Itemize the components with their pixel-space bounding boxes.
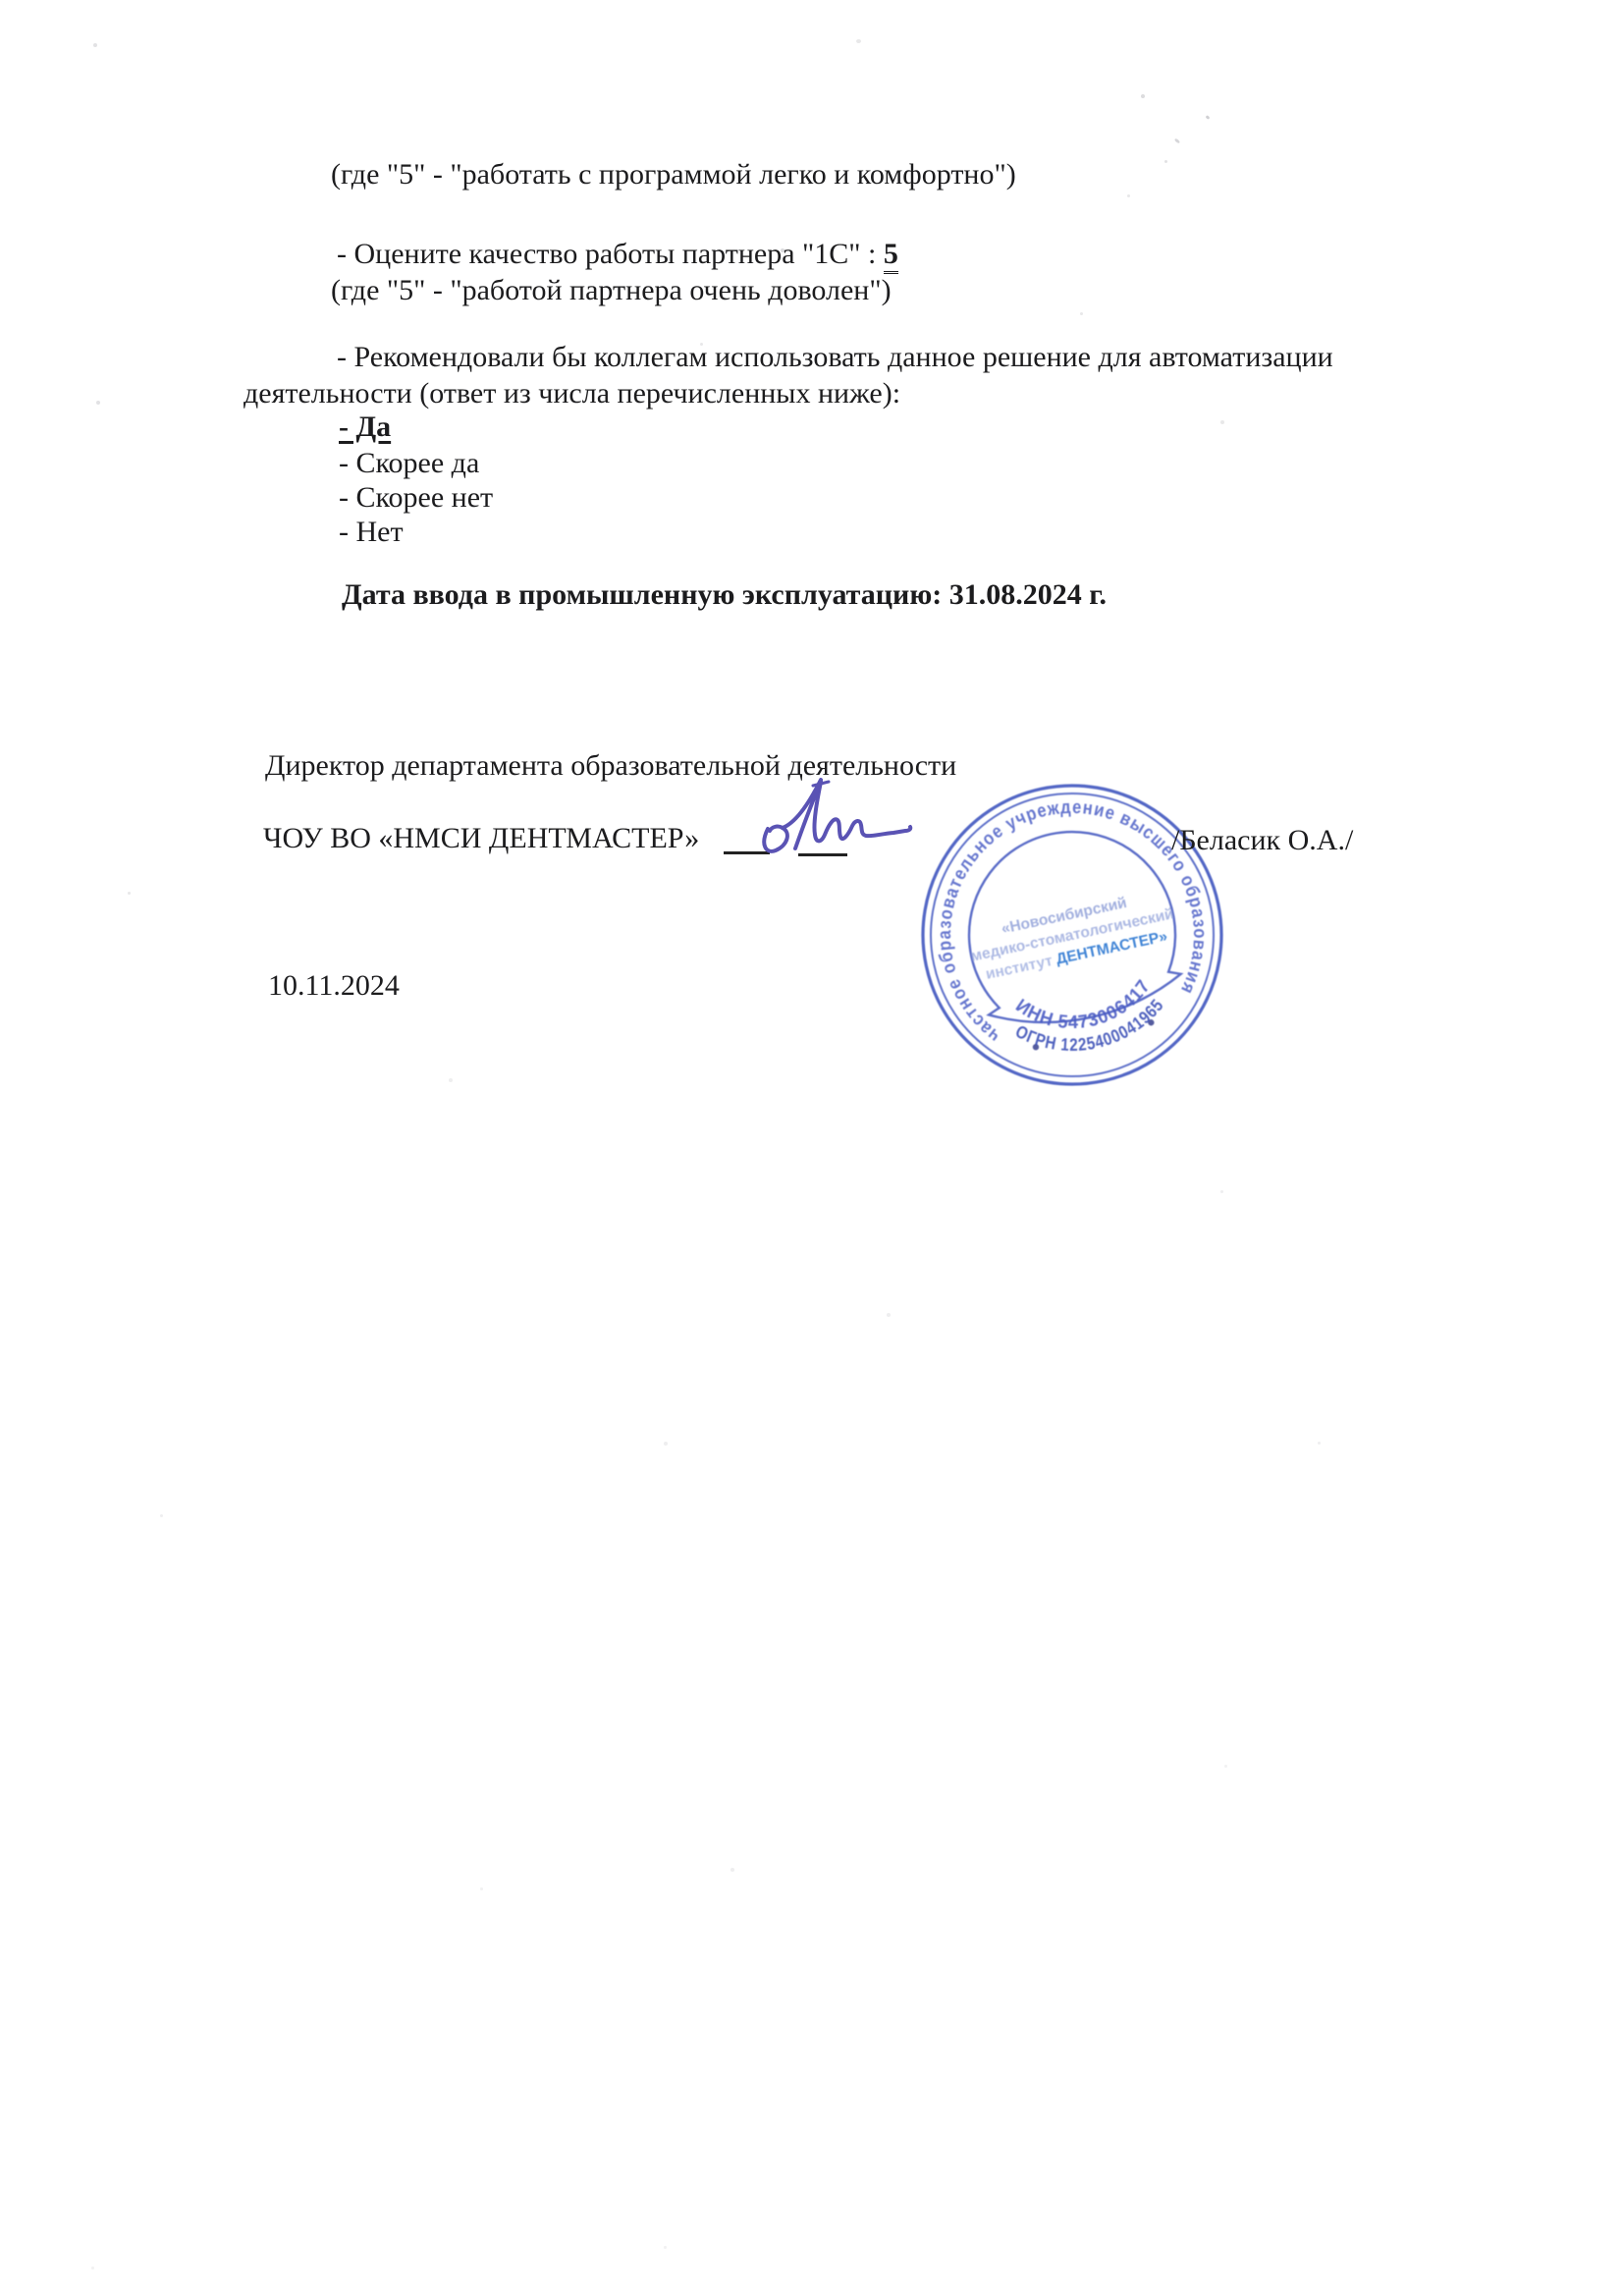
scan-speck [664,2246,667,2249]
question-recommend-line1: - Рекомендовали бы коллегам использовать… [337,343,1333,372]
scan-speck [1206,115,1211,120]
scan-speck [730,1868,734,1872]
scan-speck [887,1313,891,1317]
scan-speck [700,343,703,346]
scan-speck [1141,94,1145,98]
scan-speck [1318,1442,1321,1445]
signer-name: /Беласик О.А./ [1171,826,1353,855]
answer-yes-selected: - Да [339,412,391,442]
scan-speck [1174,137,1181,143]
scan-speck [1220,1190,1223,1193]
scan-speck [96,401,100,405]
question-partner-quality-text: - Оцените качество работы партнера "1С" … [337,238,884,270]
note-program-comfort: (где "5" - "работать с программой легко … [331,160,1016,190]
scan-speck [128,892,131,895]
scan-speck [781,248,784,252]
handwritten-signature [756,772,923,865]
answer-no: - Нет [339,518,404,547]
scan-speck [91,2267,94,2269]
scan-speck [1127,194,1130,197]
scan-speck [664,1442,668,1446]
partner-quality-score: 5 [884,238,898,274]
question-recommend-line2: деятельности (ответ из числа перечисленн… [243,379,900,409]
signature-ink-icon [756,772,923,865]
deploy-date-line: Дата ввода в промышленную эксплуатацию: … [342,580,1107,610]
doc-date: 10.11.2024 [268,971,400,1001]
question-partner-quality: - Оцените качество работы партнера "1С" … [337,240,898,269]
org-line: ЧОУ ВО «НМСИ ДЕНТМАСТЕР» [263,824,699,853]
stamp-seal-icon: частное образовательное учреждение высше… [903,766,1241,1104]
scan-speck [93,43,97,47]
organization-round-stamp: частное образовательное учреждение высше… [903,766,1241,1104]
answer-rather-yes: - Скорее да [339,449,479,478]
note-partner-satisfied: (где "5" - "работой партнера очень довол… [331,276,892,305]
answer-rather-no: - Скорее нет [339,483,493,513]
scan-speck [1220,420,1224,424]
scan-speck [480,1887,483,1890]
scan-speck [1164,160,1167,163]
scanned-document-page: (где "5" - "работать с программой легко … [0,0,1623,2296]
scan-speck [1080,312,1083,315]
scan-speck [1224,1765,1227,1768]
scan-speck [449,1078,453,1082]
scan-speck [856,39,861,43]
scan-speck [160,1514,163,1517]
